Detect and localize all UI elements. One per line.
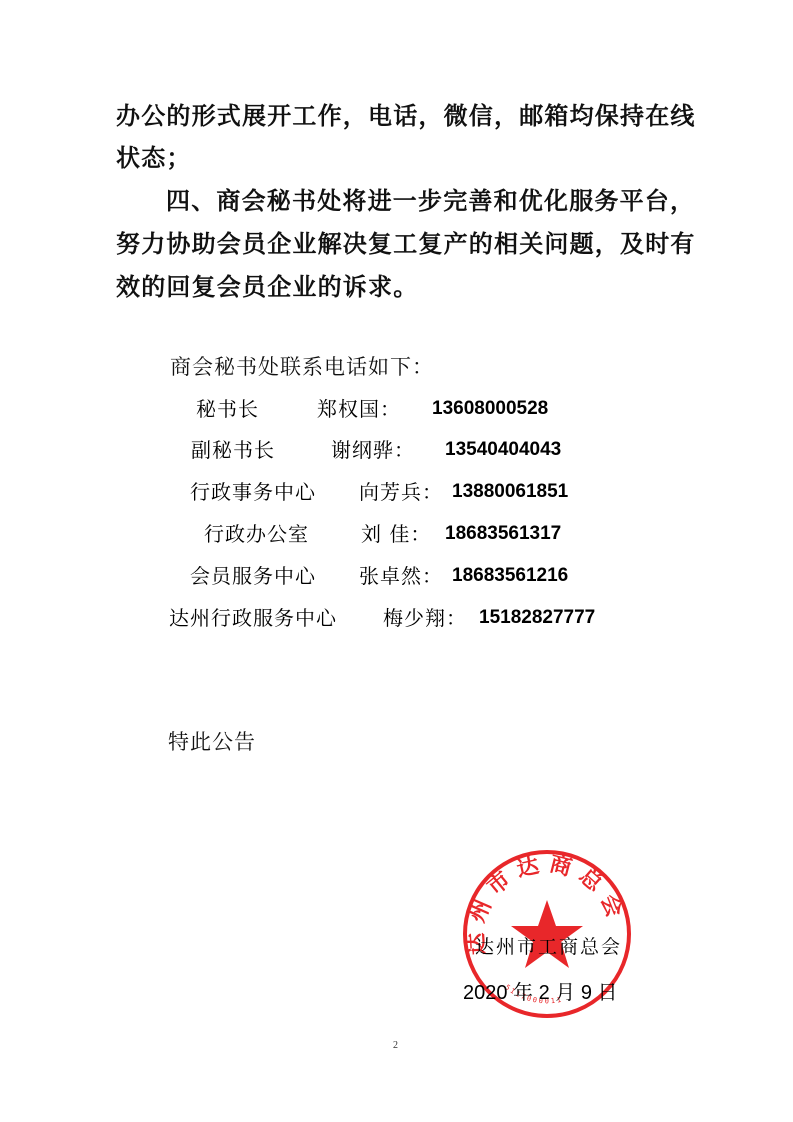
body-line-5: 效的回复会员企业的诉求。: [116, 272, 418, 302]
contact-title: 会员服务中心: [190, 563, 316, 589]
contact-name: 刘 佳：: [361, 521, 431, 547]
contact-title: 行政办公室: [204, 521, 309, 547]
contact-name: 郑权国：: [317, 396, 401, 422]
body-line-3: 四、商会秘书处将进一步完善和优化服务平台，: [166, 186, 695, 216]
contact-name: 向芳兵：: [359, 479, 443, 505]
contact-phone: 13608000528: [432, 396, 548, 422]
contact-phone: 15182827777: [479, 605, 595, 631]
body-line-4: 努力协助会员企业解决复工复产的相关问题，及时有: [116, 229, 696, 259]
contact-phone: 13540404043: [445, 437, 561, 463]
contact-phone: 18683561216: [452, 563, 568, 589]
contact-phone: 18683561317: [445, 521, 561, 547]
contact-title: 副秘书长: [191, 437, 275, 463]
page-number: 2: [393, 1040, 398, 1051]
contact-phone: 13880061851: [452, 479, 568, 505]
closing-text: 特此公告: [168, 727, 256, 757]
contact-name: 梅少翔：: [383, 605, 467, 631]
contact-title: 秘书长: [196, 396, 259, 422]
contact-title: 达州行政服务中心: [169, 605, 337, 631]
contact-title: 行政事务中心: [190, 479, 316, 505]
body-line-2: 状态；: [116, 143, 192, 173]
body-line-1: 办公的形式展开工作，电话，微信，邮箱均保持在线: [116, 101, 696, 131]
signature-organization: 达州市工商总会: [475, 935, 622, 959]
contact-name: 张卓然：: [359, 563, 443, 589]
signature-date: 2020 年 2 月 9 日: [463, 980, 618, 1006]
contacts-heading: 商会秘书处联系电话如下：: [170, 352, 434, 382]
contact-name: 谢纲骅：: [331, 437, 415, 463]
